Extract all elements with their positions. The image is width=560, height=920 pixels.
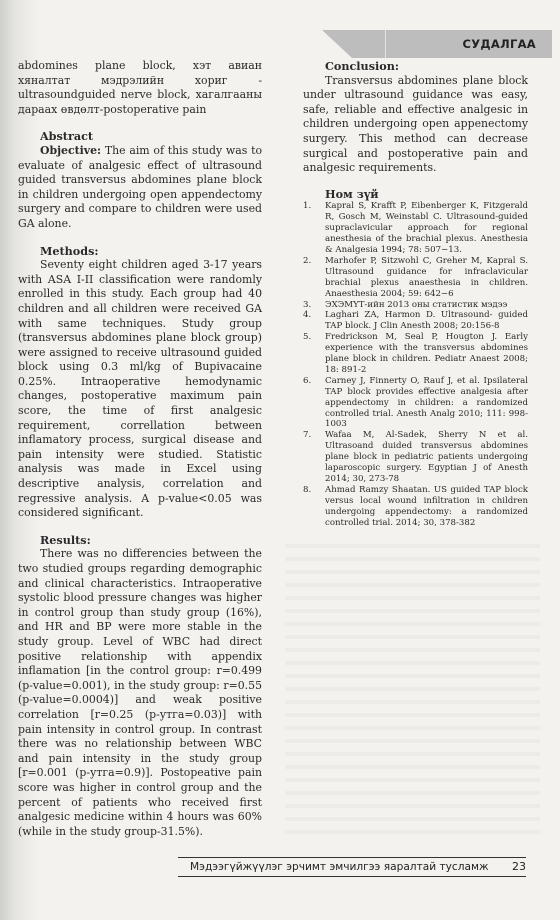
methods-text: Seventy eight children aged 3-17 years w… bbox=[18, 258, 262, 521]
references-heading: Ном зүй bbox=[303, 187, 528, 202]
right-column: Conclusion: Transversus abdomines plane … bbox=[303, 59, 528, 529]
reference-text: Wafaa M, Al-Sadek, Sherry N et al. Ultra… bbox=[325, 430, 528, 484]
reference-number: 7. bbox=[303, 430, 311, 441]
reference-item: 6.Carney J, Finnerty O, Rauf J, et al. I… bbox=[303, 376, 528, 431]
reference-number: 6. bbox=[303, 376, 311, 387]
reference-number: 4. bbox=[303, 310, 311, 321]
reference-text: Marhofer P, Sitzwohl C, Greher M, Kapral… bbox=[325, 256, 528, 299]
reverse-page-showthrough bbox=[285, 535, 540, 835]
reference-item: 8.Ahmad Ramzy Shaatan. US guided TAP blo… bbox=[303, 485, 528, 529]
reference-item: 2.Marhofer P, Sitzwohl C, Greher M, Kapr… bbox=[303, 256, 528, 300]
section-label: СУДАЛГАА bbox=[462, 37, 536, 51]
reference-number: 2. bbox=[303, 256, 311, 267]
banner-seam bbox=[385, 30, 386, 58]
journal-title: Мэдээгүйжүүлэг эрчимт эмчилгээ яаралтай … bbox=[190, 858, 489, 876]
keywords-tail: abdomines plane block, хэт авиан хяналта… bbox=[18, 59, 262, 117]
reference-number: 3. bbox=[303, 300, 311, 311]
reference-item: 7.Wafaa M, Al-Sadek, Sherry N et al. Ult… bbox=[303, 430, 528, 485]
reference-number: 5. bbox=[303, 332, 311, 343]
reference-item: 1.Kapral S, Krafft P, Eibenberger K, Fit… bbox=[303, 201, 528, 256]
reference-text: ЭХЭМҮТ-ийн 2013 оны статистик мэдээ bbox=[325, 300, 507, 310]
reference-number: 8. bbox=[303, 485, 311, 496]
reference-text: Ahmad Ramzy Shaatan. US guided TAP block… bbox=[325, 485, 528, 528]
methods-heading: Methods: bbox=[18, 244, 262, 259]
left-column: abdomines plane block, хэт авиан хяналта… bbox=[18, 59, 262, 839]
abstract-heading: Abstract bbox=[18, 129, 262, 144]
results-text: There was no differencies between the tw… bbox=[18, 547, 262, 839]
reference-item: 4.Laghari ZA, Harmon D. Ultrasound- guid… bbox=[303, 310, 528, 332]
reference-item: 5.Fredrickson M, Seal P, Hougton J. Earl… bbox=[303, 332, 528, 376]
conclusion-heading: Conclusion: bbox=[303, 59, 528, 74]
page-number: 23 bbox=[512, 858, 526, 876]
reference-number: 1. bbox=[303, 201, 311, 212]
objective-label: Objective: bbox=[40, 144, 101, 157]
objective-paragraph: Objective: The aim of this study was to … bbox=[18, 144, 262, 232]
page-footer: Мэдээгүйжүүлэг эрчимт эмчилгээ яаралтай … bbox=[178, 857, 526, 877]
conclusion-text: Transversus abdomines plane block under … bbox=[303, 74, 528, 176]
reference-text: Fredrickson M, Seal P, Hougton J. Early … bbox=[325, 332, 528, 375]
references-list: 1.Kapral S, Krafft P, Eibenberger K, Fit… bbox=[303, 201, 528, 528]
section-banner: СУДАЛГАА bbox=[322, 30, 552, 58]
results-heading: Results: bbox=[18, 533, 262, 548]
reference-item: 3.ЭХЭМҮТ-ийн 2013 оны статистик мэдээ bbox=[303, 300, 528, 311]
reference-text: Laghari ZA, Harmon D. Ultrasound- guided… bbox=[325, 310, 528, 331]
reference-text: Kapral S, Krafft P, Eibenberger K, Fitzg… bbox=[325, 201, 528, 255]
reference-text: Carney J, Finnerty O, Rauf J, et al. Ips… bbox=[325, 376, 528, 430]
